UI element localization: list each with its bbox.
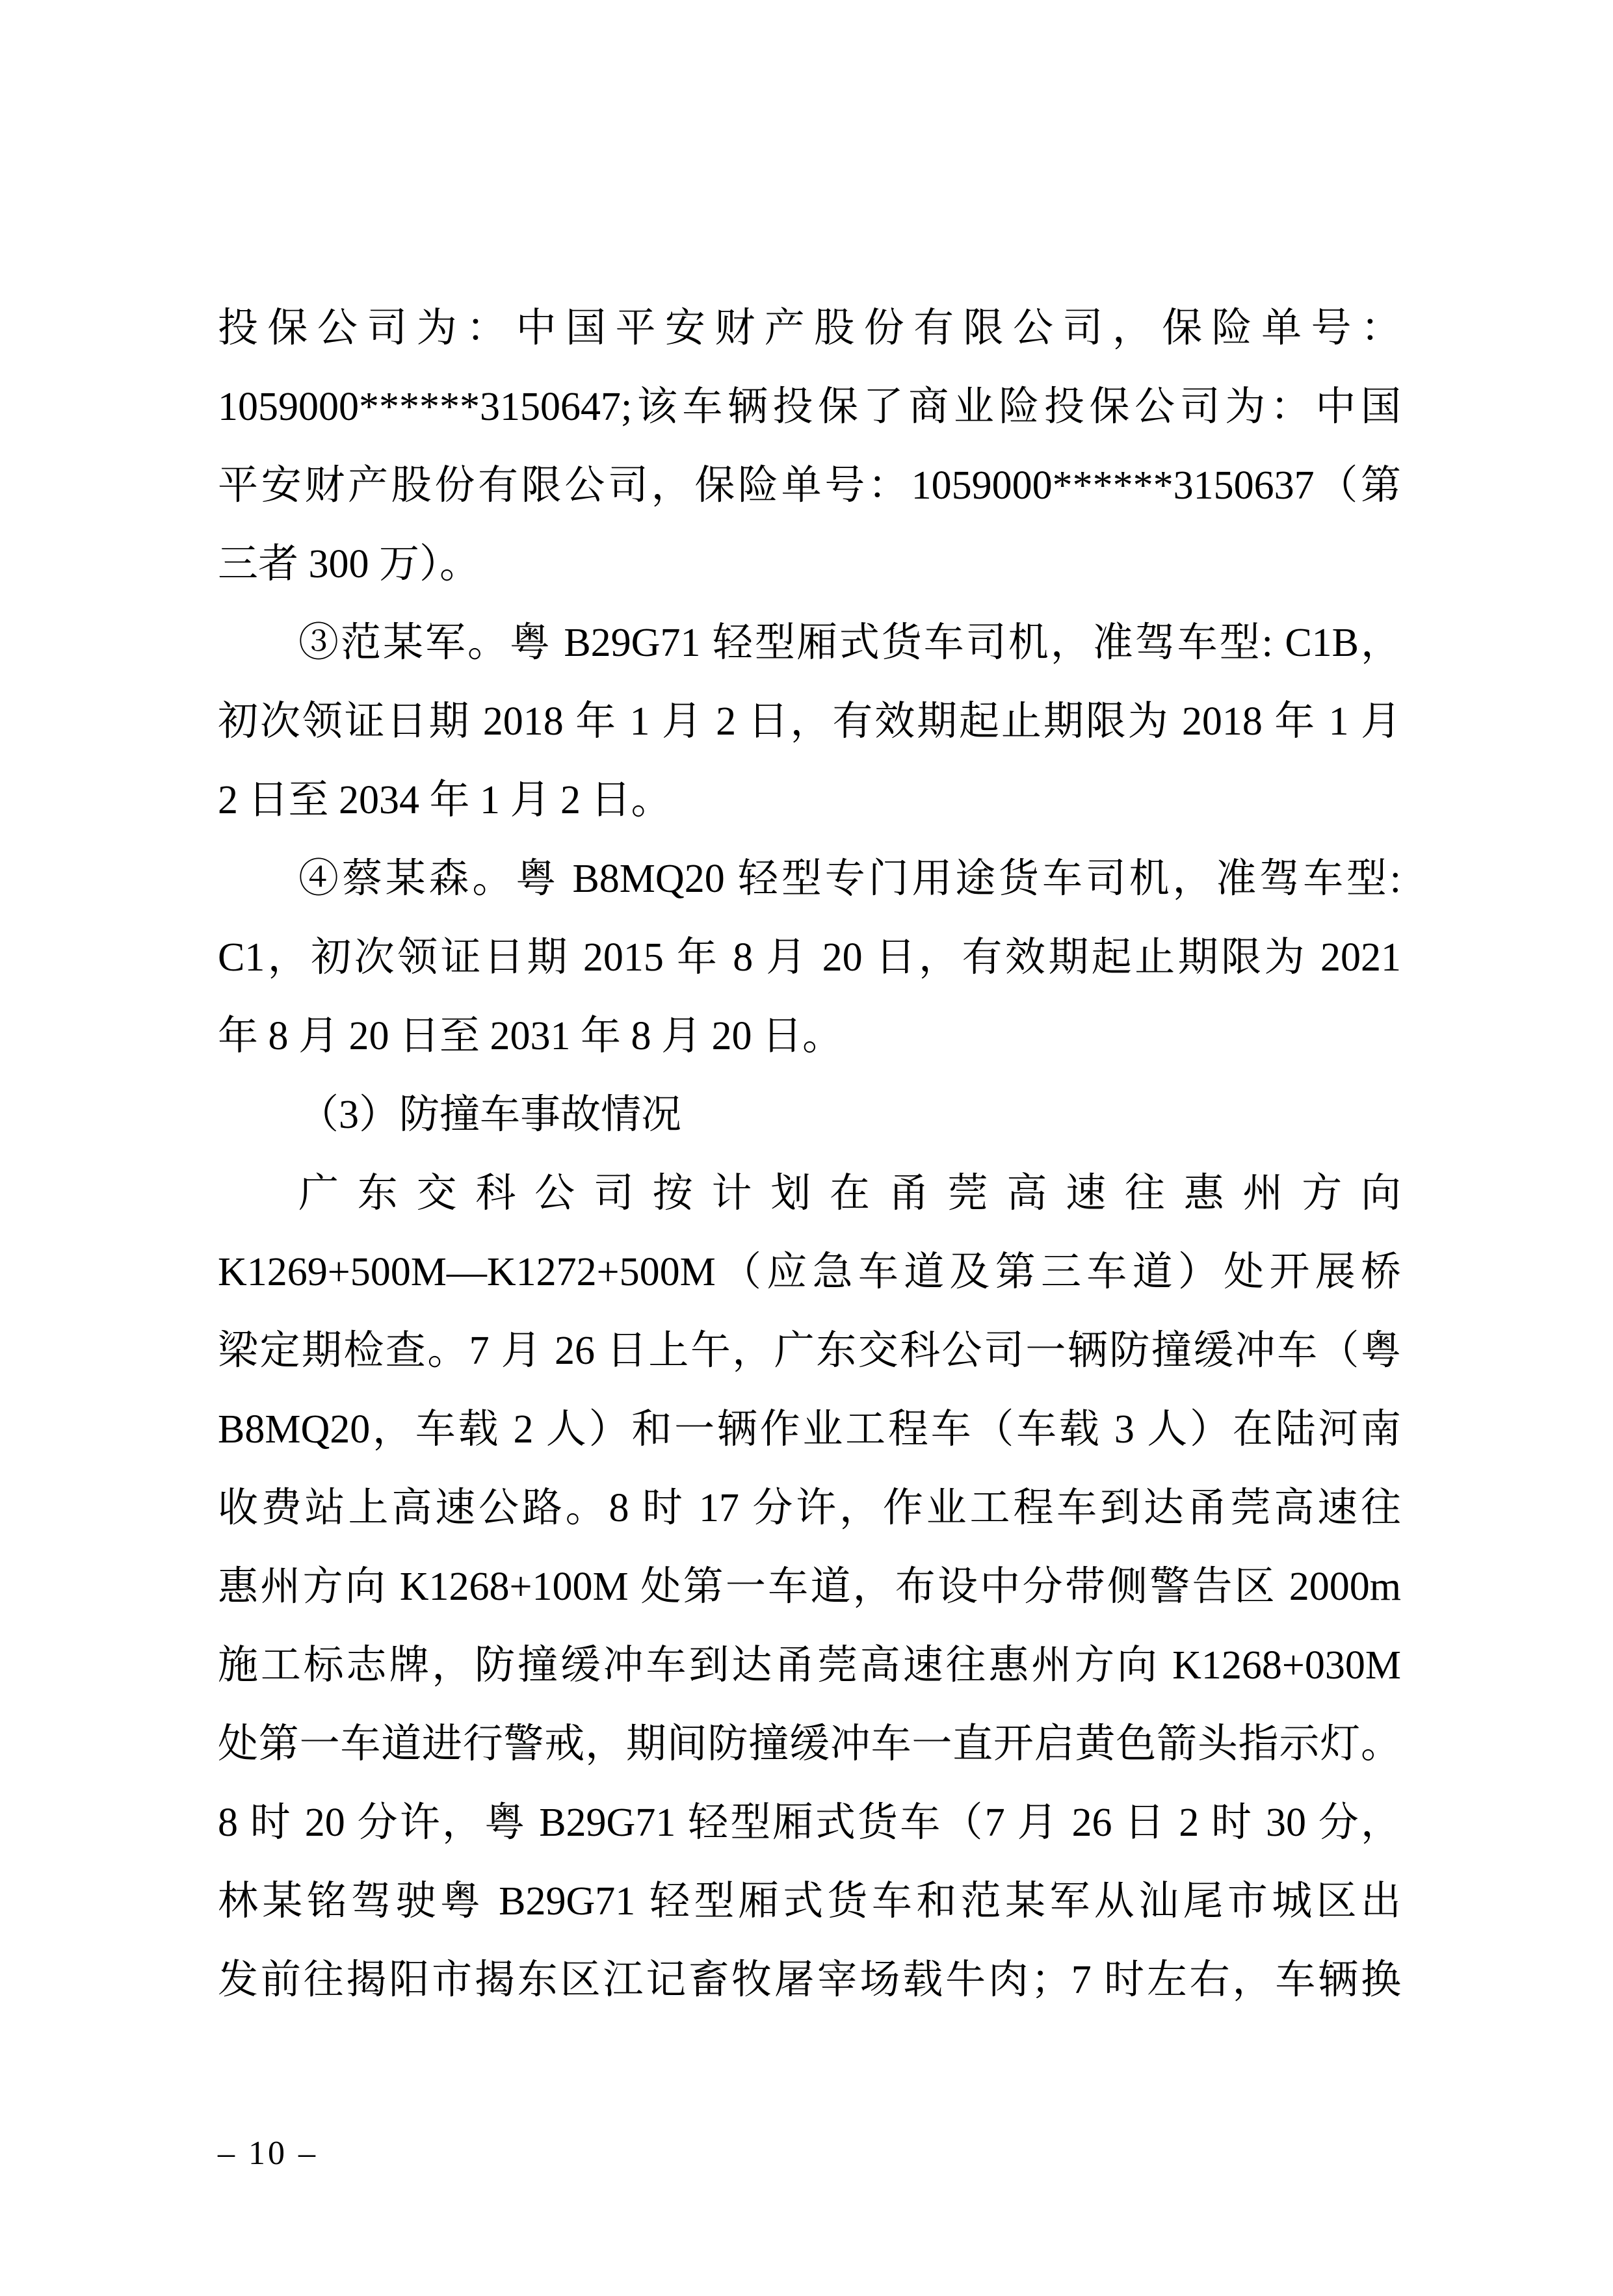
text-line: 收费站上高速公路。8 时 17 分许，作业工程车到达甬莞高速往 — [218, 1469, 1401, 1548]
text-line: 施工标志牌，防撞缓冲车到达甬莞高速往惠州方向 K1268+030M — [218, 1626, 1401, 1705]
text-line: 梁定期检查。7 月 26 日上午，广东交科公司一辆防撞缓冲车（粤 — [218, 1312, 1401, 1390]
text-line: 初次领证日期 2018 年 1 月 2 日，有效期起止期限为 2018 年 1 … — [218, 683, 1401, 761]
text-line: 广东交科公司按计划在甬莞高速往惠州方向 — [218, 1155, 1401, 1233]
page-number: – 10 – — [218, 2134, 318, 2173]
text-line: B8MQ20，车载 2 人）和一辆作业工程车（车载 3 人）在陆河南 — [218, 1390, 1401, 1469]
text-line: 1059000******3150647;该车辆投保了商业险投保公司为：中国 — [218, 368, 1401, 447]
text-line: 2 日至 2034 年 1 月 2 日。 — [218, 761, 1401, 840]
text-line: 林某铭驾驶粤 B29G71 轻型厢式货车和范某军从汕尾市城区出 — [218, 1862, 1401, 1941]
text-line: 8 时 20 分许，粤 B29G71 轻型厢式货车（7 月 26 日 2 时 3… — [218, 1784, 1401, 1862]
text-line: 三者 300 万）。 — [218, 525, 1401, 604]
text-line: ④蔡某森。粤 B8MQ20 轻型专门用途货车司机，准驾车型: — [218, 840, 1401, 919]
text-line: 平安财产股份有限公司，保险单号：1059000******3150637（第 — [218, 447, 1401, 525]
text-line: K1269+500M—K1272+500M（应急车道及第三车道）处开展桥 — [218, 1233, 1401, 1312]
text-line: 发前往揭阳市揭东区江记畜牧屠宰场载牛肉；7 时左右，车辆换 — [218, 1941, 1401, 2020]
text-line: 投保公司为：中国平安财产股份有限公司，保险单号： — [218, 289, 1401, 368]
text-block: 投保公司为：中国平安财产股份有限公司，保险单号：1059000******315… — [218, 289, 1401, 2020]
text-line: 处第一车道进行警戒，期间防撞缓冲车一直开启黄色箭头指示灯。 — [218, 1705, 1401, 1784]
text-line: （3）防撞车事故情况 — [218, 1076, 1401, 1155]
text-line: C1，初次领证日期 2015 年 8 月 20 日，有效期起止期限为 2021 — [218, 919, 1401, 997]
document-page: 投保公司为：中国平安财产股份有限公司，保险单号：1059000******315… — [0, 0, 1613, 2296]
text-line: 年 8 月 20 日至 2031 年 8 月 20 日。 — [218, 997, 1401, 1076]
text-line: 惠州方向 K1268+100M 处第一车道，布设中分带侧警告区 2000m — [218, 1548, 1401, 1626]
text-line: ③范某军。粤 B29G71 轻型厢式货车司机，准驾车型: C1B， — [218, 604, 1401, 683]
